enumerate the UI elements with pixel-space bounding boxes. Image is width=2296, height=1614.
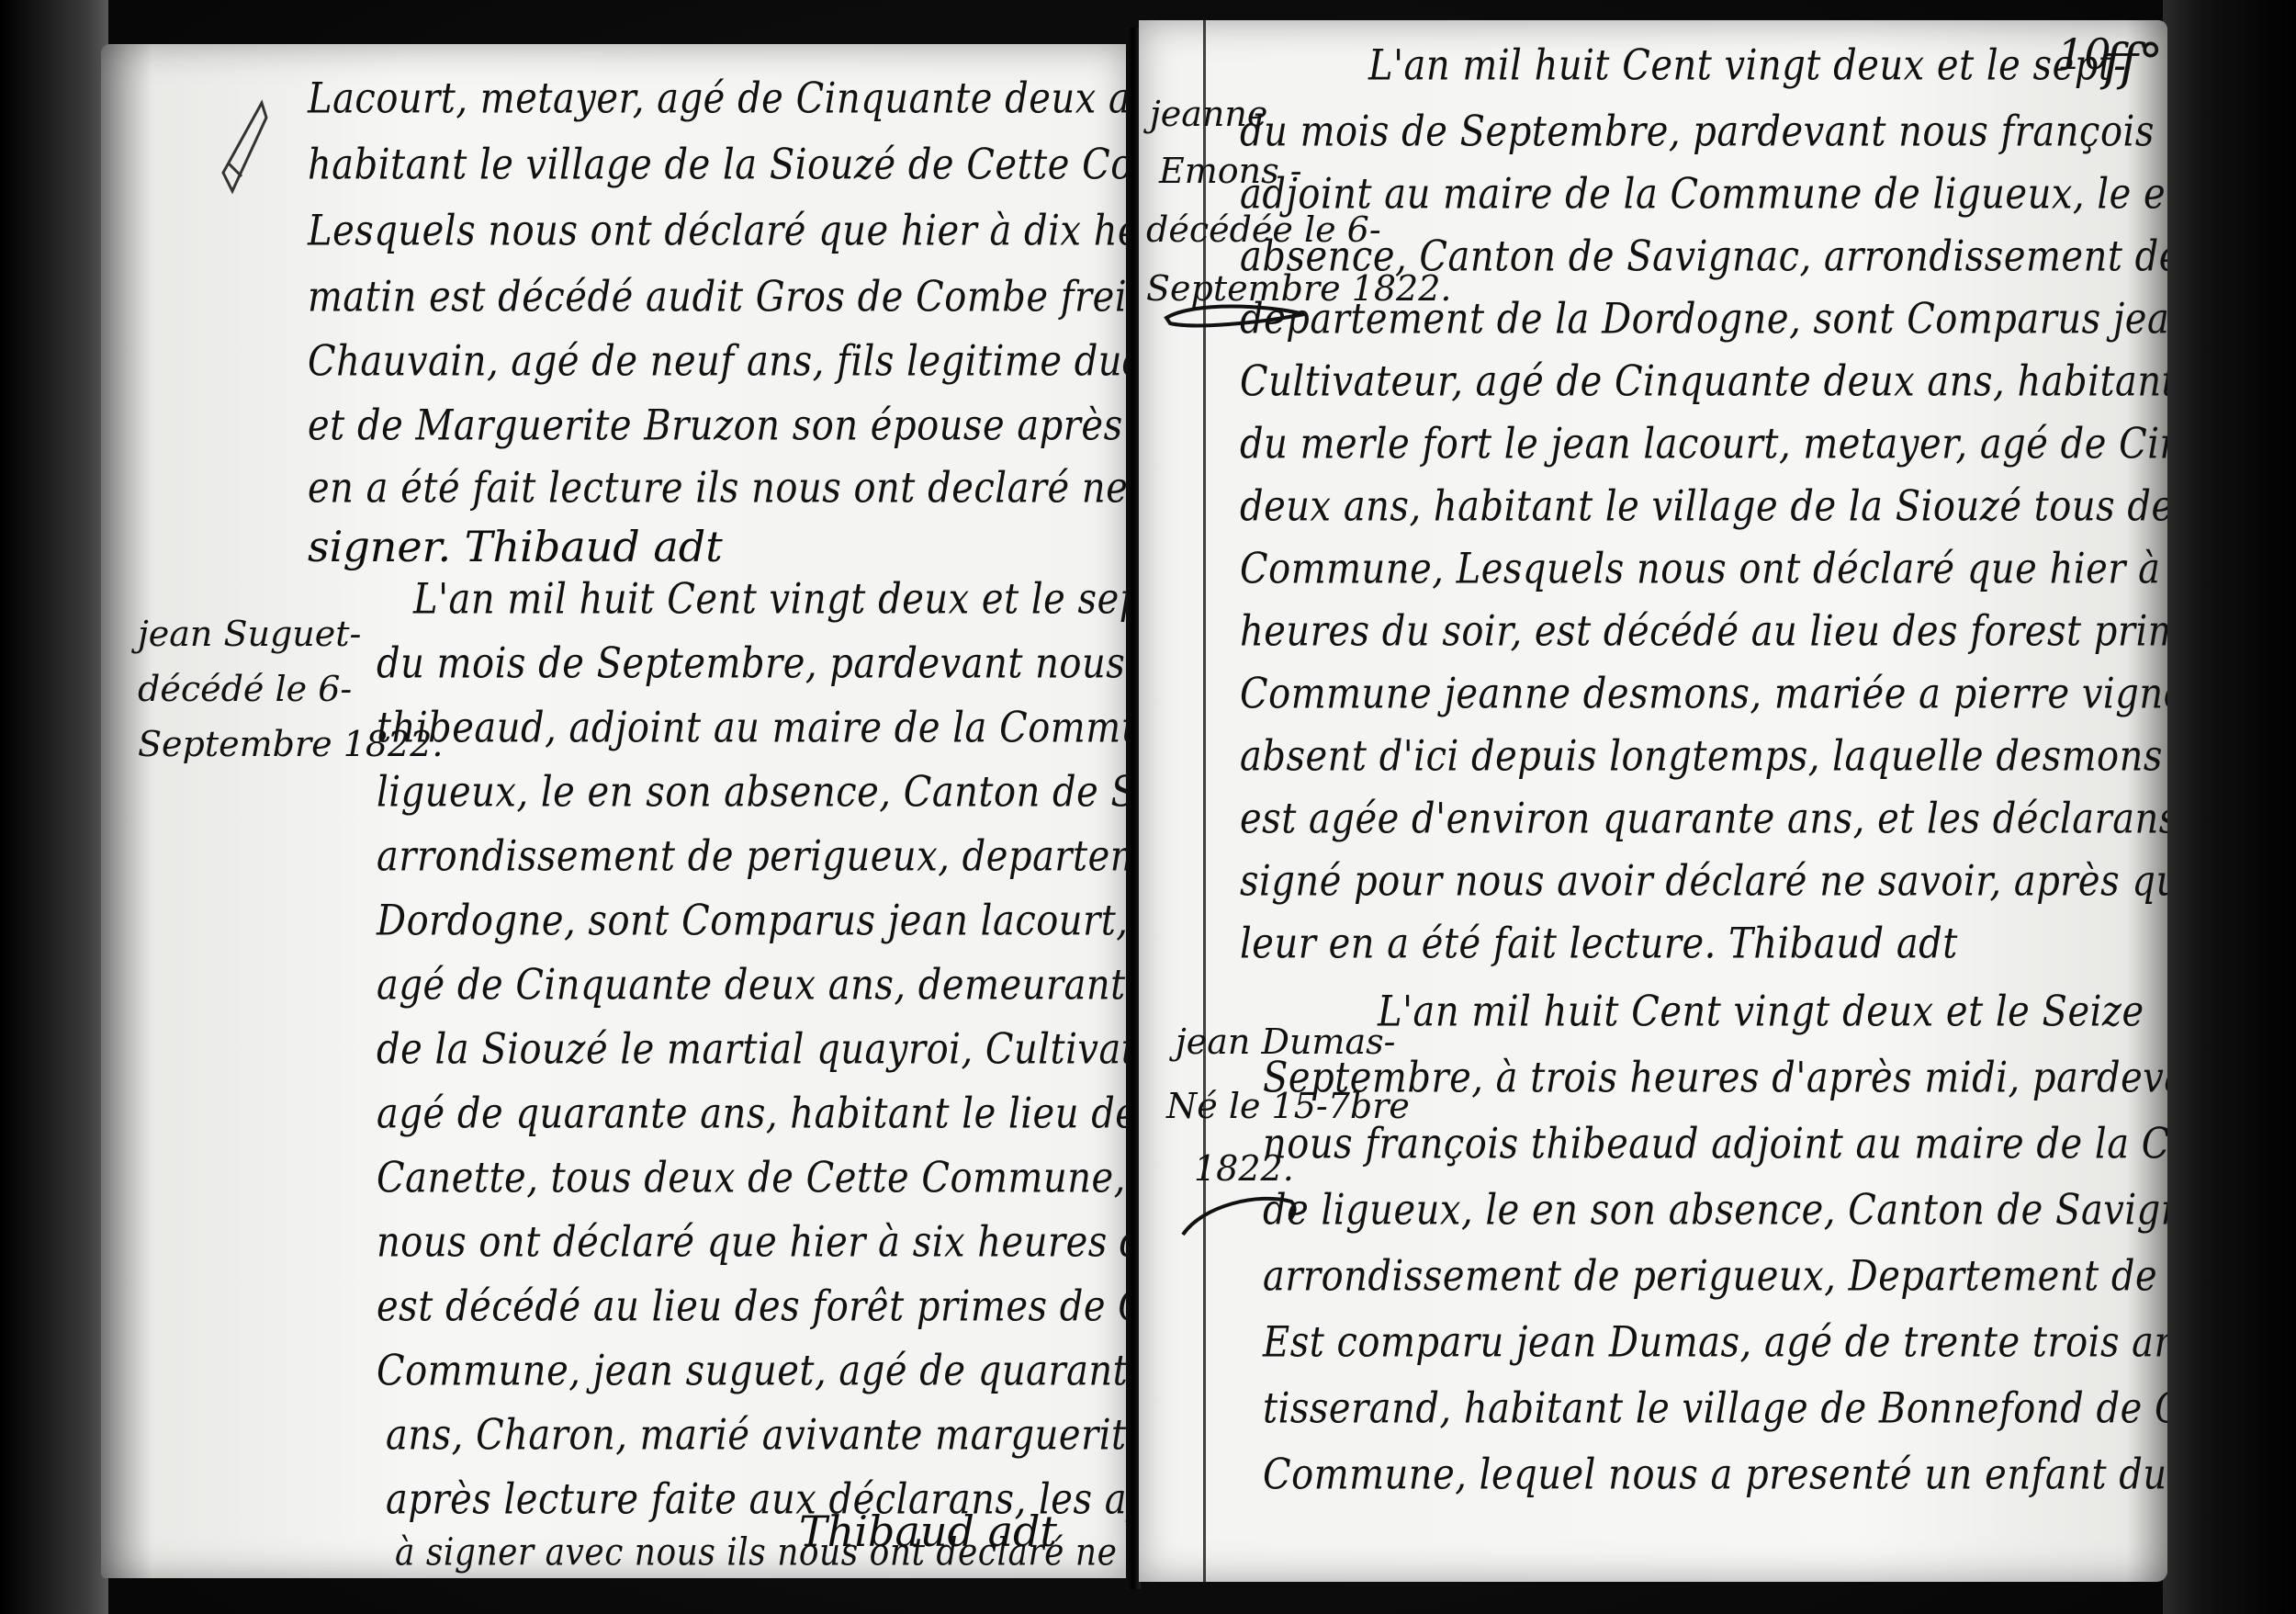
right-entry1-line: leur en a été fait lecture. Thibaud adt — [1240, 920, 1958, 968]
right-entry1-line: deux ans, habitant le village de la Siou… — [1240, 482, 2167, 531]
left-entry-line: thibeaud, adjoint au maire de la Commune… — [377, 704, 1128, 752]
left-entry-line: Commune, jean suguet, agé de quarante si… — [377, 1347, 1128, 1395]
left-continuation-line: Chauvain, agé de neuf ans, fils legitime… — [308, 337, 1128, 386]
corner-pen-mark-icon — [216, 99, 271, 200]
right-entry2-line: nous françois thibeaud adjoint au maire … — [1263, 1120, 2167, 1168]
right-entry2-line: arrondissement de perigueux, Departement… — [1263, 1252, 2167, 1301]
right-entry1-line: adjoint au maire de la Commune de ligueu… — [1240, 170, 2167, 219]
right-entry1-line: du mois de Septembre, pardevant nous fra… — [1240, 107, 2167, 156]
right-entry1-line: Commune jeanne desmons, mariée a pierre … — [1240, 670, 2167, 718]
margin-note-name: jean Suguet- — [138, 614, 361, 654]
open-register-book: Lacourt, metayer, agé de Cinquante deux … — [0, 0, 2296, 1614]
right-entry1-line: est agée d'environ quarante ans, et les … — [1240, 795, 2167, 843]
left-entry-line: L'an mil huit Cent vingt deux et le sept… — [413, 575, 1128, 624]
left-continuation-line: en a été fait lecture ils nous ont decla… — [308, 464, 1128, 513]
right-entry2-line: Commune, lequel nous a presenté un enfan… — [1263, 1450, 2167, 1499]
left-entry-line: agé de Cinquante deux ans, demeurant au … — [377, 961, 1128, 1010]
left-entry-line: Canette, tous deux de Cette Commune, Les… — [377, 1154, 1128, 1202]
right-entry2-line: Est comparu jean Dumas, agé de trente tr… — [1263, 1318, 2167, 1367]
left-entry-signature-visible: Thibaud adt — [799, 1507, 1057, 1556]
left-continuation-line: et de Marguerite Bruzon son épouse après… — [308, 401, 1128, 450]
left-entry-line: arrondissement de perigueux, departement… — [377, 832, 1128, 881]
left-entry-line: ligueux, le en son absence, Canton de Sa… — [377, 768, 1128, 817]
right-page: 10 ff° jeanne Emons - décédée le 6- Sept… — [1139, 20, 2167, 1582]
right-entry1-line: Commune, Lesquels nous ont déclaré que h… — [1240, 545, 2167, 593]
left-entry-line: de la Siouzé le martial quayroi, Cultiva… — [377, 1025, 1128, 1074]
margin-note-death-date: décédé le 6- — [138, 669, 352, 709]
left-continuation-line: matin est décédé audit Gros de Combe fre… — [308, 273, 1128, 322]
left-continuation-line: Lesquels nous ont déclaré que hier à dix… — [308, 207, 1128, 255]
right-entry2-line: tisserand, habitant le village de Bonnef… — [1263, 1384, 2167, 1433]
left-entry-line: nous ont déclaré que hier à six heures d… — [377, 1218, 1128, 1267]
right-entry1-line: signé pour nous avoir déclaré ne savoir,… — [1240, 857, 2167, 906]
margin-rule — [1203, 20, 1206, 1582]
book-binding-left — [0, 0, 108, 1614]
left-continuation-line: Lacourt, metayer, agé de Cinquante deux … — [308, 74, 1128, 123]
right-entry1-line: Cultivateur, agé de Cinquante deux ans, … — [1240, 357, 2167, 406]
right-entry1-line: L'an mil huit Cent vingt deux et le sept… — [1368, 41, 2126, 90]
right-entry2-line: Septembre, à trois heures d'après midi, … — [1263, 1054, 2167, 1102]
left-entry-line: agé de quarante ans, habitant le lieu de… — [377, 1089, 1128, 1138]
right-entry2-line: L'an mil huit Cent vingt deux et le Seiz… — [1378, 988, 2144, 1036]
left-entry-line: Dordogne, sont Comparus jean lacourt, me… — [377, 897, 1128, 945]
right-entry1-line: departement de la Dordogne, sont Comparu… — [1240, 295, 2167, 344]
left-entry-line: est décédé au lieu des forêt primes de C… — [377, 1282, 1128, 1331]
right-entry1-line: absence, Canton de Savignac, arrondissem… — [1240, 232, 2167, 281]
right-entry2-line: de ligueux, le en son absence, Canton de… — [1263, 1186, 2167, 1235]
right-entry1-line: du merle fort le jean lacourt, metayer, … — [1240, 420, 2167, 468]
left-entry-line: ans, Charon, marié avivante marguerite v… — [386, 1411, 1128, 1460]
left-continuation-line: habitant le village de la Siouzé de Cett… — [308, 141, 1128, 189]
left-page: Lacourt, metayer, agé de Cinquante deux … — [101, 44, 1128, 1578]
right-entry1-line: absent d'ici depuis longtemps, laquelle … — [1240, 732, 2167, 781]
right-entry1-line: heures du soir, est décédé au lieu des f… — [1240, 607, 2167, 656]
book-binding-right — [2163, 0, 2296, 1614]
left-entry-line: du mois de Septembre, pardevant nous fra… — [377, 639, 1128, 688]
left-continuation-signature: signer. Thibaud adt — [308, 522, 723, 571]
